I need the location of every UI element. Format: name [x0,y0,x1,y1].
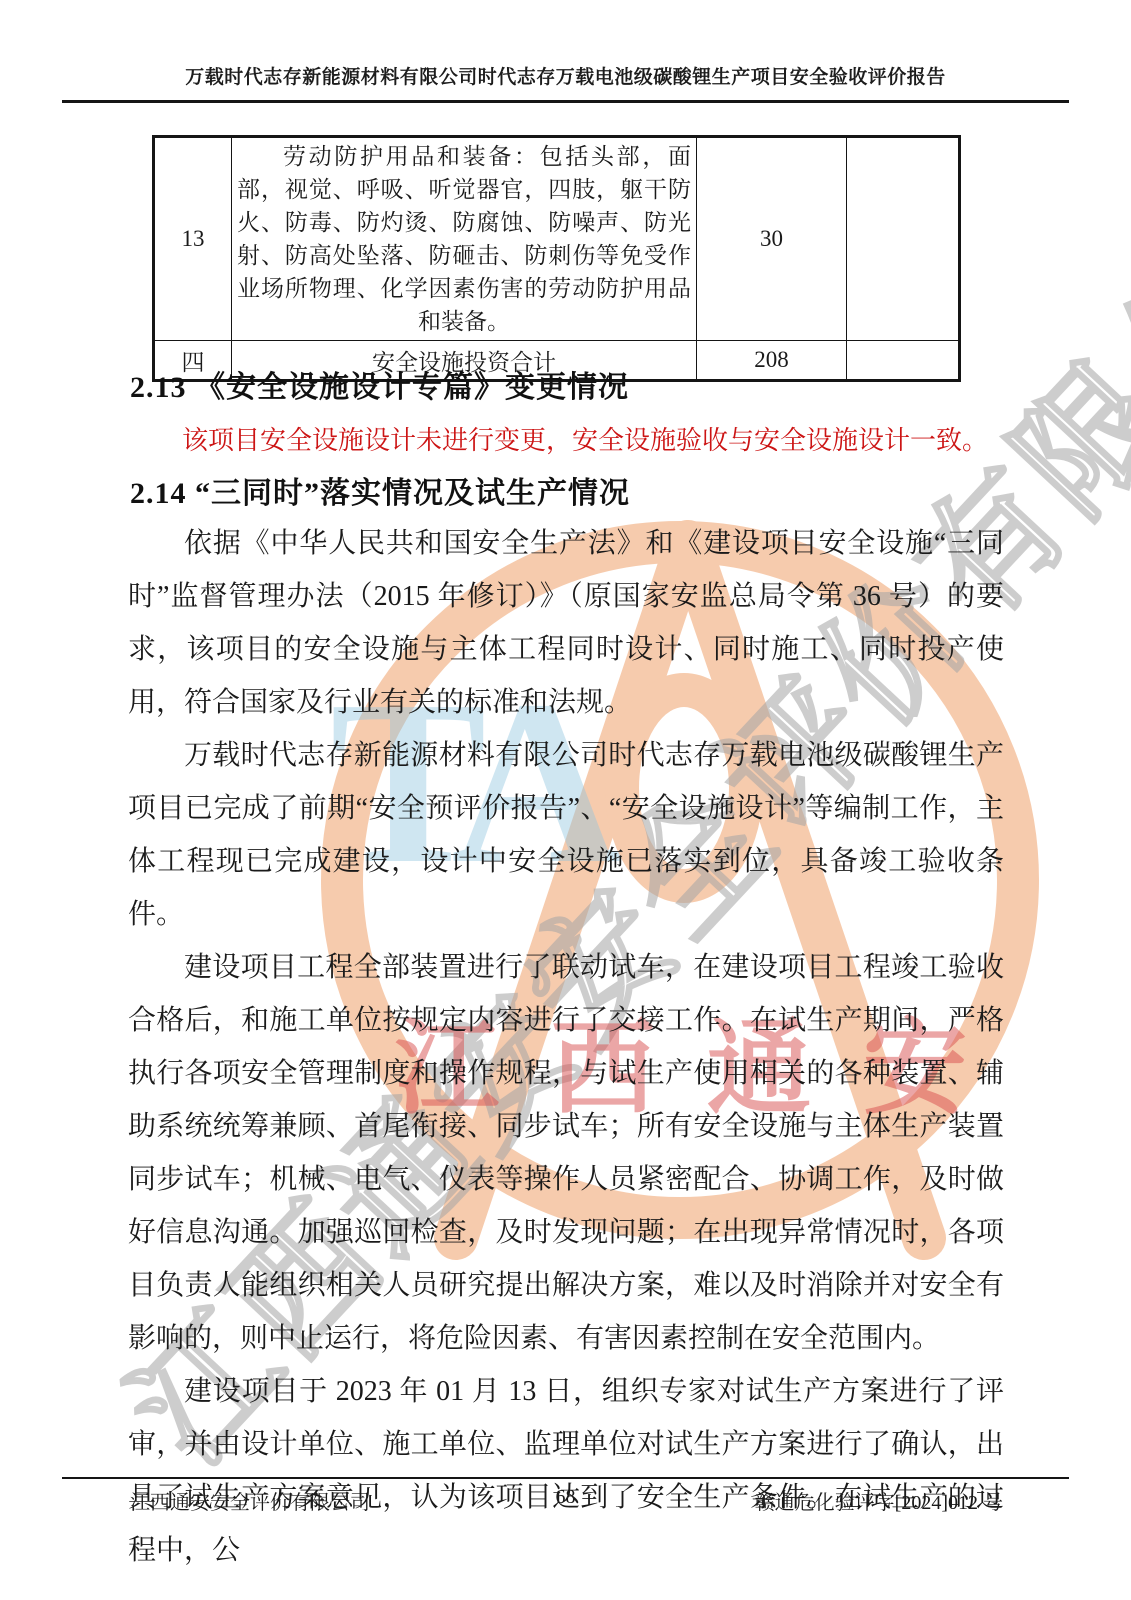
footer-rule [62,1477,1069,1479]
section-2-14-heading: 2.14 “三同时”落实情况及试生产情况 [130,468,630,512]
row-amount-cell: 30 [697,137,847,341]
section-2-13-red-note: 该项目安全设施设计未进行变更，安全设施验收与安全设施设计一致。 [130,420,1010,457]
row-number-cell: 13 [154,137,232,341]
page-content: 万载时代志存新能源材料有限公司时代志存万载电池级碳酸锂生产项目安全验收评价报告 … [0,0,1131,1600]
body-paragraph: 万载时代志存新能源材料有限公司时代志存万载电池级碳酸锂生产项目已完成了前期“安全… [128,729,1004,941]
body-paragraph: 建设项目工程全部装置进行了联动试车，在建设项目工程竣工验收合格后，和施工单位按规… [128,941,1004,1365]
safety-investment-table: 13 劳动防护用品和装备：包括头部，面部，视觉、呼吸、听觉器官，四肢，躯干防火、… [152,135,961,382]
footer-doc-number: 赣通危化验评字[2024]012 号 [755,1486,1003,1515]
table-row: 13 劳动防护用品和装备：包括头部，面部，视觉、呼吸、听觉器官，四肢，躯干防火、… [154,137,960,341]
section-2-14-body: 依据《中华人民共和国安全生产法》和《建设项目安全设施“三同时”监督管理办法（20… [128,517,1004,1577]
row-description-cell: 劳动防护用品和装备：包括头部，面部，视觉、呼吸、听觉器官，四肢，躯干防火、防毒、… [232,137,697,341]
section-2-13-heading: 2.13 《安全设施设计专篇》变更情况 [130,362,629,406]
page-header-title: 万载时代志存新能源材料有限公司时代志存万载电池级碳酸锂生产项目安全验收评价报告 [0,62,1131,89]
body-paragraph: 依据《中华人民共和国安全生产法》和《建设项目安全设施“三同时”监督管理办法（20… [128,517,1004,729]
body-paragraph: 建设项目于 2023 年 01 月 13 日，组织专家对试生产方案进行了评审，并… [128,1365,1004,1577]
row-note-cell [847,137,960,341]
header-rule [62,100,1069,103]
report-page: TA 江西通安安全评价有限公司 江西通安 万载时代志存新能源材料有限公司时代志存… [0,0,1131,1600]
row-note-cell [847,341,960,381]
row-amount-cell: 208 [697,341,847,381]
